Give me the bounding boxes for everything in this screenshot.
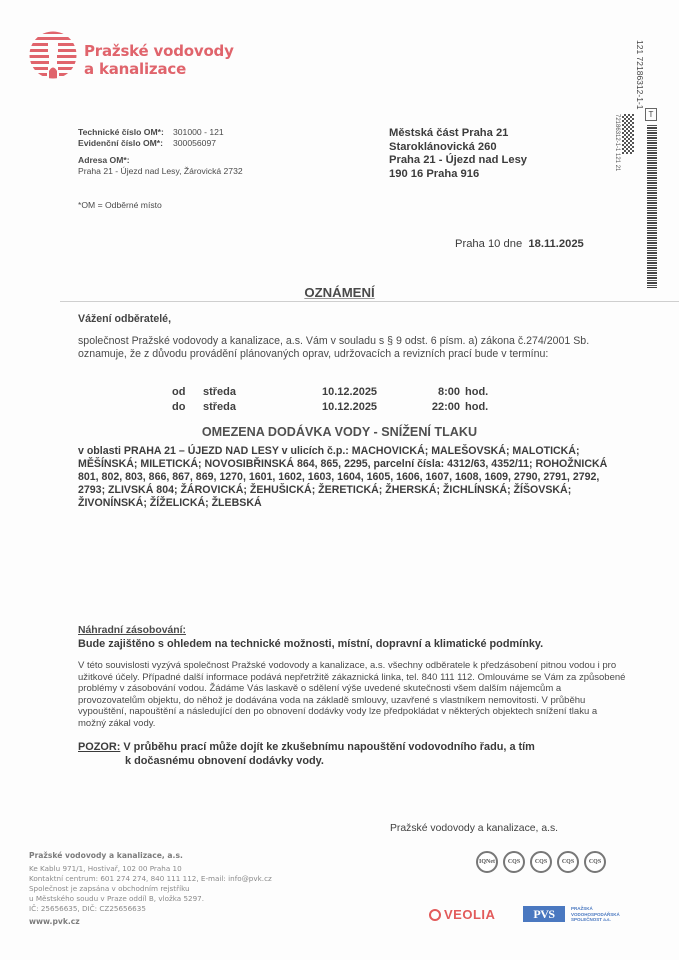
company-name-line1: Pražské vodovody (84, 42, 234, 60)
cqs-seal-icon: CQS (584, 851, 606, 873)
company-logo-text: Pražské vodovody a kanalizace (84, 42, 234, 78)
recipient-line1: Městská část Praha 21 (389, 127, 527, 141)
schedule-time: 22:00 (420, 401, 460, 413)
postal-t-box: T (645, 108, 657, 121)
date-prefix: Praha 10 dne (455, 238, 522, 250)
veolia-text: VEOLIA (444, 907, 495, 922)
footer-company-info: Pražské vodovody a kanalizace, a.s. Ke K… (29, 851, 272, 927)
date-value: 18.11.2025 (528, 238, 583, 250)
iqnet-seal-icon: IQNet (476, 851, 498, 873)
footer-contact: Kontaktní centrum: 601 274 274, 840 111 … (29, 874, 272, 884)
footer-ids: IČ: 25656635, DIČ: CZ25656635 (29, 904, 272, 914)
footer-register2: u Městského soudu v Praze oddíl B, vložk… (29, 894, 272, 904)
body-paragraph: V této souvislosti vyzývá společnost Pra… (78, 660, 626, 730)
cqs-seal-icon: CQS (557, 851, 579, 873)
outage-headline: OMEZENA DODÁVKA VODY - SNÍŽENÍ TLAKU (0, 425, 679, 439)
schedule-day: středa (203, 401, 236, 413)
alternative-supply-title: Náhradní zásobování: (78, 625, 186, 636)
cqs-seal-icon: CQS (530, 851, 552, 873)
schedule-date: 10.12.2025 (322, 401, 377, 413)
schedule-day: středa (203, 386, 236, 398)
warning-line2: k dočasnému obnovení dodávky vody. (78, 755, 638, 769)
footer-website: www.pvk.cz (29, 917, 272, 927)
schedule-date: 10.12.2025 (322, 386, 377, 398)
document-date: Praha 10 dne 18.11.2025 (455, 238, 584, 250)
schedule-unit: hod. (465, 401, 488, 413)
intro-paragraph: společnost Pražské vodovody a kanalizace… (78, 335, 623, 361)
cqs-seal-icon: CQS (503, 851, 525, 873)
datamatrix-icon (622, 114, 634, 154)
address-label: Adresa OM*: (78, 155, 243, 166)
warning: POZOR: V průběhu prací může dojít ke zku… (78, 741, 638, 768)
veolia-ring-icon (429, 909, 441, 921)
technical-number-label: Technické číslo OM*: (78, 127, 173, 138)
barcode-icon (647, 125, 657, 288)
certification-seals: IQNet CQS CQS CQS CQS (476, 851, 606, 873)
fold-line (60, 301, 679, 302)
pvs-mark-icon: PVS (523, 906, 565, 922)
schedule-prefix: do (172, 401, 185, 413)
pvs-text: PRAŽSKÁ VODOHOSPODÁŘSKÁ SPOLEČNOST a.s. (571, 906, 620, 923)
matrix-code-text: 72186312-1-1 121 21 (614, 114, 620, 171)
footer-company: Pražské vodovody a kanalizace, a.s. (29, 851, 272, 861)
company-name-line2: a kanalizace (84, 60, 234, 78)
schedule-prefix: od (172, 386, 185, 398)
schedule-unit: hod. (465, 386, 488, 398)
postal-side-code: 121 72186312-1-1 (635, 40, 645, 109)
affected-streets: v oblasti PRAHA 21 – ÚJEZD NAD LESY v ul… (78, 445, 626, 510)
recipient-line4: 190 16 Praha 916 (389, 168, 527, 182)
recipient-line2: Staroklánovická 260 (389, 141, 527, 155)
recipient-address: Městská část Praha 21 Staroklánovická 26… (389, 127, 527, 181)
schedule-time: 8:00 (420, 386, 460, 398)
consumption-point-info: Technické číslo OM*:301000 - 121 Evidenč… (78, 127, 243, 211)
signature: Pražské vodovody a kanalizace, a.s. (390, 823, 558, 834)
footer-address: Ke Kablu 971/1, Hostivař, 102 00 Praha 1… (29, 864, 272, 874)
footer-register1: Společnost je zapsána v obchodním rejstř… (29, 884, 272, 894)
pvs-logo: PVS PRAŽSKÁ VODOHOSPODÁŘSKÁ SPOLEČNOST a… (523, 906, 620, 923)
veolia-logo: VEOLIA (429, 907, 495, 922)
technical-number: 301000 - 121 (173, 127, 224, 137)
notice-title: OZNÁMENÍ (0, 285, 679, 300)
pvs-line3: SPOLEČNOST a.s. (571, 917, 620, 923)
registration-number: 300056097 (173, 138, 216, 148)
pvk-logo-icon (28, 31, 78, 79)
registration-number-label: Evidenční číslo OM*: (78, 138, 173, 149)
footnote: *OM = Odběrné místo (78, 200, 243, 211)
address: Praha 21 - Újezd nad Lesy, Žárovická 273… (78, 166, 243, 177)
warning-line1: V průběhu prací může dojít ke zkušebnímu… (123, 741, 534, 753)
alternative-supply-text: Bude zajištěno s ohledem na technické mo… (78, 638, 543, 650)
recipient-line3: Praha 21 - Újezd nad Lesy (389, 154, 527, 168)
warning-label: POZOR: (78, 741, 120, 753)
greeting: Vážení odběratelé, (78, 313, 171, 325)
